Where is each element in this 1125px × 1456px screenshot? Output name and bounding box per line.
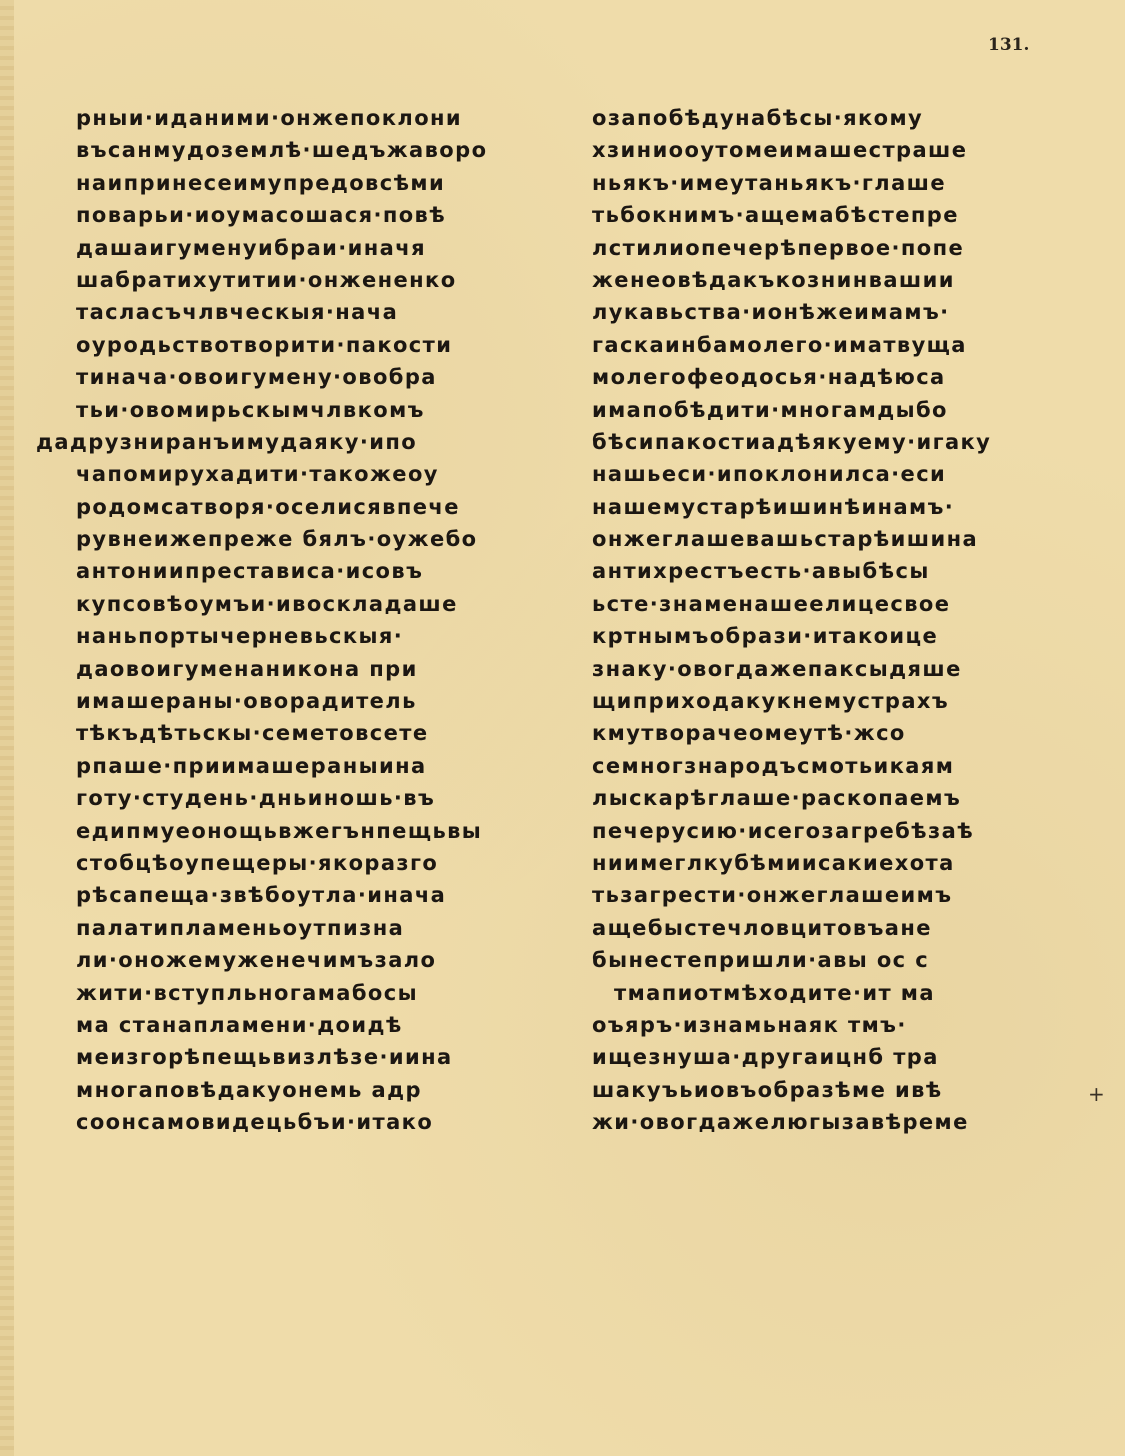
manuscript-line: ищезнуша·другаицнб тра xyxy=(592,1041,1092,1073)
manuscript-line: наньпортычерневьскыя· xyxy=(76,620,566,652)
manuscript-line: ли·оножемуженечимъзало xyxy=(76,944,566,976)
manuscript-line: бынестепришли·авы ос с xyxy=(592,944,1092,976)
manuscript-line: имашераны·оворадитель xyxy=(76,685,566,717)
text-column-left: рныи·иданими·онжепоклони въсанмудоземлѣ·… xyxy=(76,102,566,1139)
manuscript-line: жи·овогдажелюгызавѣреме xyxy=(592,1106,1092,1138)
manuscript-line: озапобѣдунабѣсы·якому xyxy=(592,102,1092,134)
manuscript-line: семногзнародъсмотьикаям xyxy=(592,750,1092,782)
manuscript-line: ньякъ·имеутаньякъ·глаше xyxy=(592,167,1092,199)
manuscript-line: тмапиотмѣходите·ит ма xyxy=(614,977,1092,1009)
manuscript-line: шакуъьиовъобразѣме ивѣ xyxy=(592,1074,1092,1106)
manuscript-line: рпаше·приимашераныина xyxy=(76,750,566,782)
manuscript-line: хзиниооутомеимашестраше xyxy=(592,134,1092,166)
manuscript-line: оъяръ·изнамьнаяк тмъ· xyxy=(592,1009,1092,1041)
manuscript-line: родомсатворя·оселисявпечe xyxy=(76,491,566,523)
manuscript-line: ма станапламени·доидѣ xyxy=(76,1009,566,1041)
manuscript-line: стобцѣоупещеры·якоразгo xyxy=(76,847,566,879)
manuscript-line: щиприходакукнемустрахъ xyxy=(592,685,1092,717)
page-binding-edge xyxy=(0,0,14,1456)
manuscript-line: женеовѣдакъкознинвашии xyxy=(592,264,1092,296)
manuscript-line: дашаигуменуибраи·иначя xyxy=(76,232,566,264)
manuscript-line: ащебыстечловцитовъане xyxy=(592,912,1092,944)
manuscript-line: лукавьства·ионѣжеимамъ· xyxy=(592,296,1092,328)
manuscript-line: оуродьствотворити·пакости xyxy=(76,329,566,361)
manuscript-line: многаповѣдакуонемь адр xyxy=(76,1074,566,1106)
manuscript-line: рныи·иданими·онжепоклони xyxy=(76,102,566,134)
manuscript-line: знаку·овогдажепаксыдяше xyxy=(592,653,1092,685)
manuscript-line: даовоигуменаникона при xyxy=(76,653,566,685)
manuscript-line: рѣсапеща·звѣбоутла·инача xyxy=(76,879,566,911)
manuscript-line: тьбокнимъ·ащемабѣстепре xyxy=(592,199,1092,231)
manuscript-line: бѣсипакостиадѣякуему·игаку xyxy=(592,426,1092,458)
manuscript-line: рувнеижепреже бялъ·оужебо xyxy=(76,523,566,555)
manuscript-line: кмутворачеомеутѣ·жсо xyxy=(592,717,1092,749)
manuscript-line: едипмуеонощьвжегънпещьвы xyxy=(76,815,566,847)
manuscript-line: поварьи·иоумасошася·повѣ xyxy=(76,199,566,231)
manuscript-line: купсовѣоумъи·ивоскладаше xyxy=(76,588,566,620)
margin-cross-mark: + xyxy=(1088,1082,1105,1106)
manuscript-line: тасласъчлвческыя·нача xyxy=(76,296,566,328)
manuscript-line: нашемустарѣишинѣинамъ· xyxy=(592,491,1092,523)
manuscript-line: наипринесеимупредовсѣми xyxy=(76,167,566,199)
manuscript-line: антониипрестависа·исовъ xyxy=(76,555,566,587)
manuscript-line: молегофеодосья·Надѣюса xyxy=(592,361,1092,393)
manuscript-line: тѣкъдѣтьскы·семетовсете xyxy=(76,717,566,749)
manuscript-line: онжеглашевашьстарѣишина xyxy=(592,523,1092,555)
manuscript-line: тьзагрести·онжеглашеимъ xyxy=(592,879,1092,911)
manuscript-line: антихрестъесть·авыбѣсы xyxy=(592,555,1092,587)
manuscript-line: тинача·овоигумену·овобра xyxy=(76,361,566,393)
page-number: 131. xyxy=(988,35,1029,55)
manuscript-line: нашьеси·ипоклонилса·еси xyxy=(592,458,1092,490)
manuscript-line: палатипламеньоутпизна xyxy=(76,912,566,944)
text-column-right: озапобѣдунабѣсы·якому хзиниооутомеимашес… xyxy=(592,102,1092,1139)
manuscript-line: кртнымъобрази·итакоице xyxy=(592,620,1092,652)
manuscript-line: жити·вступльногамабосы xyxy=(76,977,566,1009)
manuscript-line: лыскарѣглаше·раскопаемъ xyxy=(592,782,1092,814)
manuscript-line: готу·студень·дньиношь·въ xyxy=(76,782,566,814)
manuscript-line: имапобѣдити·многамдыбо xyxy=(592,394,1092,426)
manuscript-line: печерусию·исегозагребѣзаѣ xyxy=(592,815,1092,847)
manuscript-line: ниимеглкубѣмиисакиехота xyxy=(592,847,1092,879)
manuscript-line: меизгорѣпещьвизлѣзе·иина xyxy=(76,1041,566,1073)
manuscript-line: чапомирухадити·такожеоу xyxy=(76,458,566,490)
manuscript-line: шабратихутитии·онжененко xyxy=(76,264,566,296)
manuscript-line: дадрузниранъимудаяку·ипо xyxy=(36,426,566,458)
manuscript-line: лстилиопечерѣпервое·попе xyxy=(592,232,1092,264)
manuscript-line: въсанмудоземлѣ·шедъжаворо xyxy=(76,134,566,166)
manuscript-line: соонсамовидецьбъи·итако xyxy=(76,1106,566,1138)
manuscript-line: гаскаинбамолего·иматвуща xyxy=(592,329,1092,361)
manuscript-line: ьсте·знаменашеелицесвое xyxy=(592,588,1092,620)
manuscript-line: тьи·овомирьскымчлвкомъ xyxy=(76,394,566,426)
